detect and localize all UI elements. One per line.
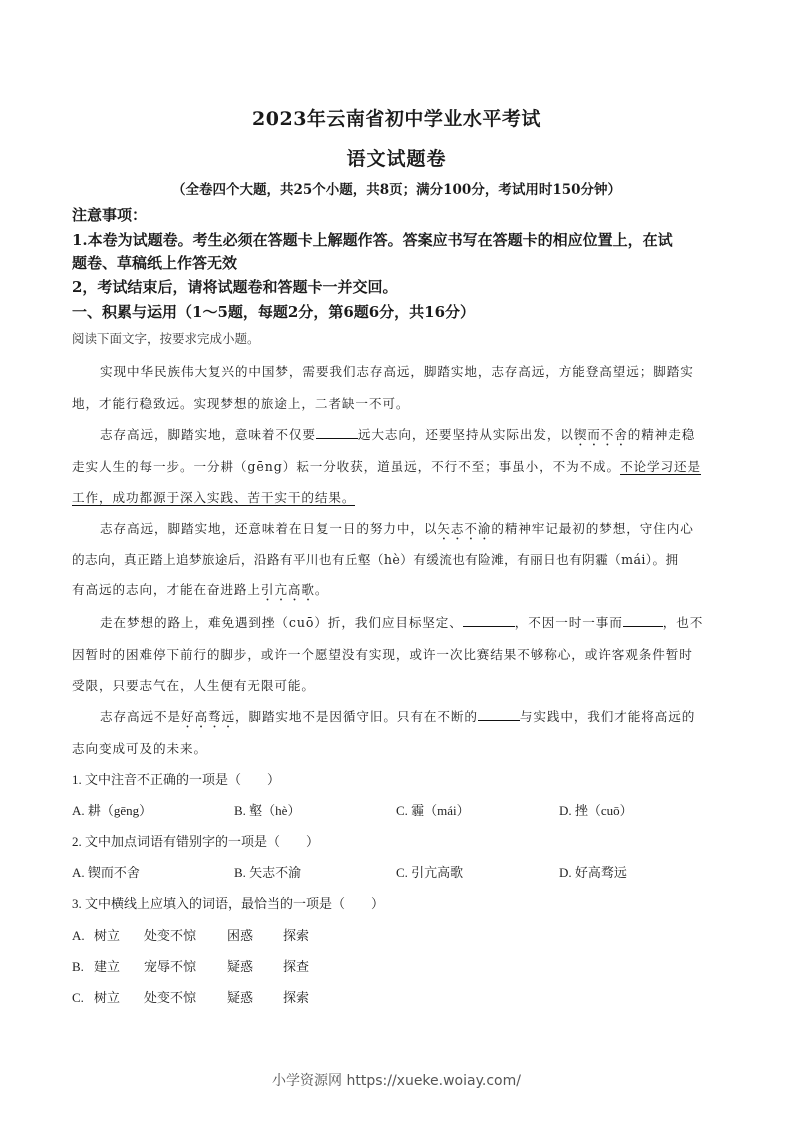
passage-p3-line2: 的志向，真正踏上追梦旅途后，沿路有平川也有丘壑（hè）有缓流也有险滩，有丽日也有… — [72, 549, 724, 568]
underlined-sentence: 不论学习还是 — [620, 459, 701, 475]
option-label: C. — [72, 990, 94, 1006]
section-heading: 一、积累与运用（1～5题，每题2分，第6题6分，共16分） — [72, 301, 724, 322]
exam-info: （全卷四个大题，共25个小题，共8页；满分100分，考试用时150分钟） — [0, 178, 793, 198]
question-2-stem: 2. 文中加点词语有错别字的一项是（ ） — [72, 831, 724, 850]
passage-p4-line1: 走在梦想的路上，难免遇到挫（cuō）折，我们应目标坚定、，不因一时一事而，也不 — [100, 612, 752, 631]
text-segment: 志存高远，脚踏实地，意味着不仅要 — [100, 427, 316, 442]
passage-p4-line2: 因暂时的困难停下前行的脚步，或许一个愿望没有实现，或许一次比赛结果不够称心，或许… — [72, 644, 724, 663]
text-segment: ，不因一时一事而 — [515, 615, 623, 630]
text-segment: 。 — [315, 582, 329, 597]
option-label: A. — [72, 928, 94, 944]
option-word: 树立 — [94, 925, 144, 944]
option-word: 困惑 — [227, 925, 283, 944]
passage-p2-line2: 走实人生的每一步。一分耕（gēng）耘一分收获，道虽远，不行不至；事虽小，不为不… — [72, 456, 724, 475]
question-1-option-b[interactable]: B. 壑（hè） — [234, 800, 300, 819]
text-segment: 走实人生的每一步。一分耕（gēng）耘一分收获，道虽远，不行不至；事虽小，不为不… — [72, 459, 620, 474]
option-label: B. — [72, 959, 94, 975]
fill-blank-3 — [623, 614, 663, 627]
question-2-option-c[interactable]: C. 引亢高歌 — [396, 862, 463, 881]
watermark-footer: 小学资源网 https://xueke.woiay.com/ — [0, 1070, 793, 1090]
passage-p3-line3: 有高远的志向，才能在奋进路上引亢高歌。 — [72, 579, 724, 604]
option-word: 探索 — [283, 925, 309, 944]
passage-p1-line1: 实现中华民族伟大复兴的中国梦，需要我们志存高远，脚踏实地，志存高远，方能登高望远… — [100, 361, 724, 380]
fill-blank-1 — [316, 426, 358, 439]
question-2-option-a[interactable]: A. 锲而不舍 — [72, 862, 140, 881]
exam-title: 2023年云南省初中学业水平考试 — [0, 104, 793, 131]
passage-p1-line2: 地，才能行稳致远。实现梦想的旅途上，二者缺一不可。 — [72, 393, 724, 412]
text-segment: 走在梦想的路上，难免遇到挫（cuō）折，我们应目标坚定、 — [100, 615, 463, 630]
option-word: 疑惑 — [227, 987, 283, 1006]
question-1-option-d[interactable]: D. 挫（cuō） — [559, 800, 633, 819]
notice-item-1-line-2: 题卷、草稿纸上作答无效 — [72, 252, 724, 273]
passage-p2-line3: 工作，成功都源于深入实践、苦干实干的结果。 — [72, 487, 724, 506]
text-segment: 的精神走稳 — [628, 427, 695, 442]
underlined-sentence: 工作，成功都源于深入实践、苦干实干的结果。 — [72, 490, 355, 506]
text-segment: ，也不 — [663, 615, 703, 630]
section-instruction: 阅读下面文字，按要求完成小题。 — [72, 329, 724, 347]
question-3-option-b[interactable]: B.建立宠辱不惊疑惑探查 — [72, 956, 309, 975]
dotted-word: 引亢高歌 — [261, 582, 315, 597]
option-word: 宠辱不惊 — [144, 956, 227, 975]
text-segment: ，脚踏实地不是因循守旧。只有在不断的 — [235, 709, 478, 724]
exam-subtitle: 语文试题卷 — [0, 144, 793, 171]
fill-blank-4 — [478, 708, 520, 721]
question-3-stem: 3. 文中横线上应填入的词语，最恰当的一项是（ ） — [72, 893, 724, 912]
text-segment: 志存高远不是 — [100, 709, 181, 724]
question-3-option-c[interactable]: C.树立处变不惊疑惑探索 — [72, 987, 309, 1006]
option-word: 处变不惊 — [144, 987, 227, 1006]
passage-p5-line2: 志向变成可及的未来。 — [72, 738, 724, 757]
dotted-word: 锲而不舍 — [574, 427, 628, 442]
option-word: 树立 — [94, 987, 144, 1006]
passage-p4-line3: 受限，只要志气在，人生便有无限可能。 — [72, 675, 724, 694]
question-2-option-d[interactable]: D. 好高骛远 — [559, 862, 627, 881]
notice-item-2: 2，考试结束后，请将试题卷和答题卡一并交回。 — [72, 276, 724, 297]
passage-p3-line1: 志存高远，脚踏实地，还意味着在日复一日的努力中，以矢志不渝的精神牢记最初的梦想，… — [100, 518, 752, 543]
question-1-option-a[interactable]: A. 耕（gēng） — [72, 800, 152, 819]
dotted-word: 矢志不渝 — [437, 521, 491, 536]
text-segment: 远大志向，还要坚持从实际出发，以 — [358, 427, 574, 442]
question-1-stem: 1. 文中注音不正确的一项是（ ） — [72, 769, 724, 788]
dotted-word: 好高骛远 — [181, 709, 235, 724]
option-word: 探索 — [283, 987, 309, 1006]
option-word: 处变不惊 — [144, 925, 227, 944]
option-word: 建立 — [94, 956, 144, 975]
passage-p2-line1: 志存高远，脚踏实地，意味着不仅要远大志向，还要坚持从实际出发，以锲而不舍的精神走… — [100, 424, 752, 449]
notice-item-1-line-1: 1.本卷为试题卷。考生必须在答题卡上解题作答。答案应书写在答题卡的相应位置上，在… — [72, 229, 724, 250]
notice-heading: 注意事项： — [72, 204, 724, 225]
exam-page: 2023年云南省初中学业水平考试 语文试题卷 （全卷四个大题，共25个小题，共8… — [0, 0, 793, 1122]
text-segment: 与实践中，我们才能将高远的 — [520, 709, 695, 724]
text-segment: 有高远的志向，才能在奋进路上 — [72, 582, 261, 597]
fill-blank-2 — [463, 614, 515, 627]
option-word: 疑惑 — [227, 956, 283, 975]
text-segment: 志存高远，脚踏实地，还意味着在日复一日的努力中，以 — [100, 521, 437, 536]
question-3-option-a[interactable]: A.树立处变不惊困惑探索 — [72, 925, 309, 944]
option-word: 探查 — [283, 956, 309, 975]
question-1-option-c[interactable]: C. 霾（mái） — [396, 800, 470, 819]
passage-p5-line1: 志存高远不是好高骛远，脚踏实地不是因循守旧。只有在不断的与实践中，我们才能将高远… — [100, 706, 752, 731]
question-2-option-b[interactable]: B. 矢志不渝 — [234, 862, 301, 881]
text-segment: 的精神牢记最初的梦想，守住内心 — [491, 521, 693, 536]
